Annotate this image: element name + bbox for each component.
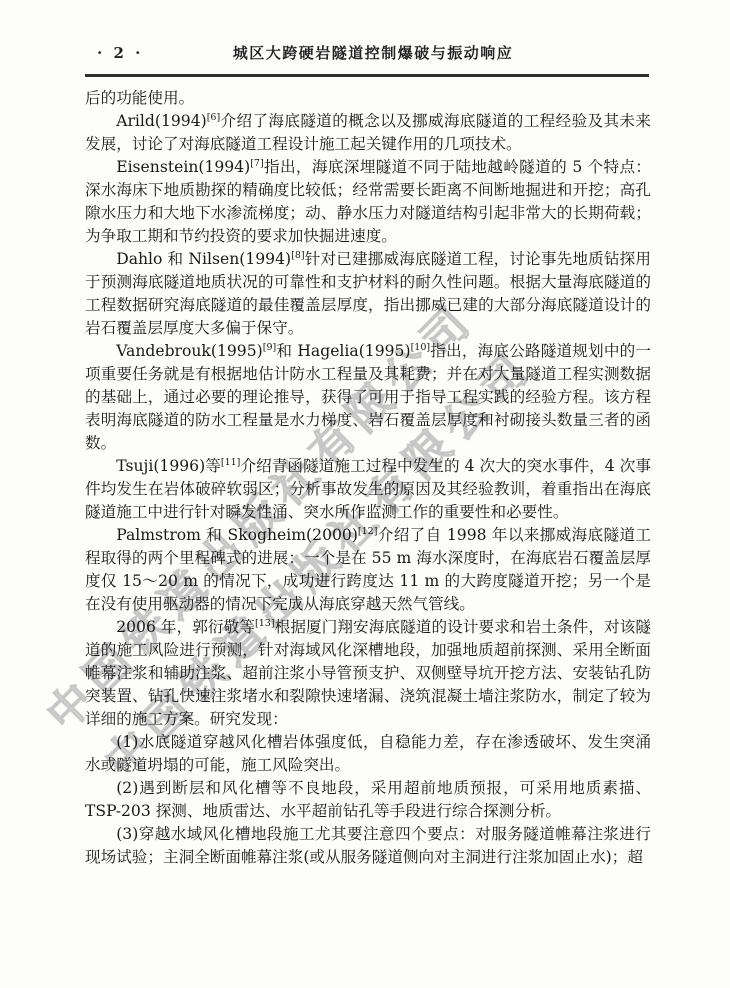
text-run: Palmstrom 和 Skogheim(2000)	[116, 526, 358, 544]
text-run: Arild(1994)	[116, 112, 207, 130]
paragraph: Palmstrom 和 Skogheim(2000)[12]介绍了自 1998 …	[85, 524, 651, 616]
paragraph: 后的功能使用。	[85, 87, 651, 110]
header-title: 城区大跨硬岩隧道控制爆破与振动响应	[177, 42, 649, 63]
text-run: (1)水底隧道穿越风化槽岩体强度低，自稳能力差，存在渗透破坏、发生突涌水或隧道坍…	[85, 733, 651, 774]
citation-ref: [11]	[221, 457, 241, 468]
body-text: 后的功能使用。Arild(1994)[6]介绍了海底隧道的概念以及挪威海底隧道的…	[85, 87, 651, 869]
text-run: Dahlo 和 Nilsen(1994)	[116, 250, 291, 268]
paragraph: Tsuji(1996)等[11]介绍青函隧道施工过程中发生的 4 次大的突水事件…	[85, 455, 651, 524]
page-number: · 2 ·	[85, 44, 177, 62]
text-run: 后的功能使用。	[85, 89, 194, 107]
citation-ref: [12]	[358, 526, 378, 537]
paragraph: Vandebrouk(1995)[9]和 Hagelia(1995)[10]指出…	[85, 340, 651, 455]
text-run: Eisenstein(1994)	[116, 158, 250, 176]
citation-ref: [6]	[207, 112, 220, 123]
paragraph: (2)遇到断层和风化槽等不良地段，采用超前地质预报，可采用地质素描、TSP-20…	[85, 777, 651, 823]
text-run: Tsuji(1996)等	[116, 457, 221, 475]
citation-ref: [10]	[411, 342, 431, 353]
paragraph: Eisenstein(1994)[7]指出，海底深埋隧道不同于陆地越岭隧道的 5…	[85, 156, 651, 248]
citation-ref: [13]	[255, 618, 275, 629]
text-run: 和 Hagelia(1995)	[276, 342, 410, 360]
header-rule	[85, 74, 649, 77]
paragraph: Arild(1994)[6]介绍了海底隧道的概念以及挪威海底隧道的工程经验及其未…	[85, 110, 651, 156]
citation-ref: [8]	[291, 250, 304, 261]
paragraph: (3)穿越水域风化槽地段施工尤其要注意四个要点：对服务隧道帷幕注浆进行现场试验；…	[85, 823, 651, 869]
text-run: (2)遇到断层和风化槽等不良地段，采用超前地质预报，可采用地质素描、TSP-20…	[85, 779, 651, 820]
citation-ref: [7]	[250, 158, 263, 169]
paragraph: (1)水底隧道穿越风化槽岩体强度低，自稳能力差，存在渗透破坏、发生突涌水或隧道坍…	[85, 731, 651, 777]
paragraph: 2006 年，郭衍敬等[13]根据厦门翔安海底隧道的设计要求和岩土条件，对该隧道…	[85, 616, 651, 731]
page-header: · 2 · 城区大跨硬岩隧道控制爆破与振动响应	[85, 42, 649, 63]
text-run: Vandebrouk(1995)	[116, 342, 263, 360]
citation-ref: [9]	[263, 342, 276, 353]
book-page: 中国铁道出版社有限公司 中国铁道出版社有限公司 · 2 · 城区大跨硬岩隧道控制…	[0, 0, 730, 988]
text-run: 2006 年，郭衍敬等	[116, 618, 255, 636]
text-run: (3)穿越水域风化槽地段施工尤其要注意四个要点：对服务隧道帷幕注浆进行现场试验；…	[85, 825, 651, 866]
paragraph: Dahlo 和 Nilsen(1994)[8]针对已建挪威海底隧道工程，讨论事先…	[85, 248, 651, 340]
